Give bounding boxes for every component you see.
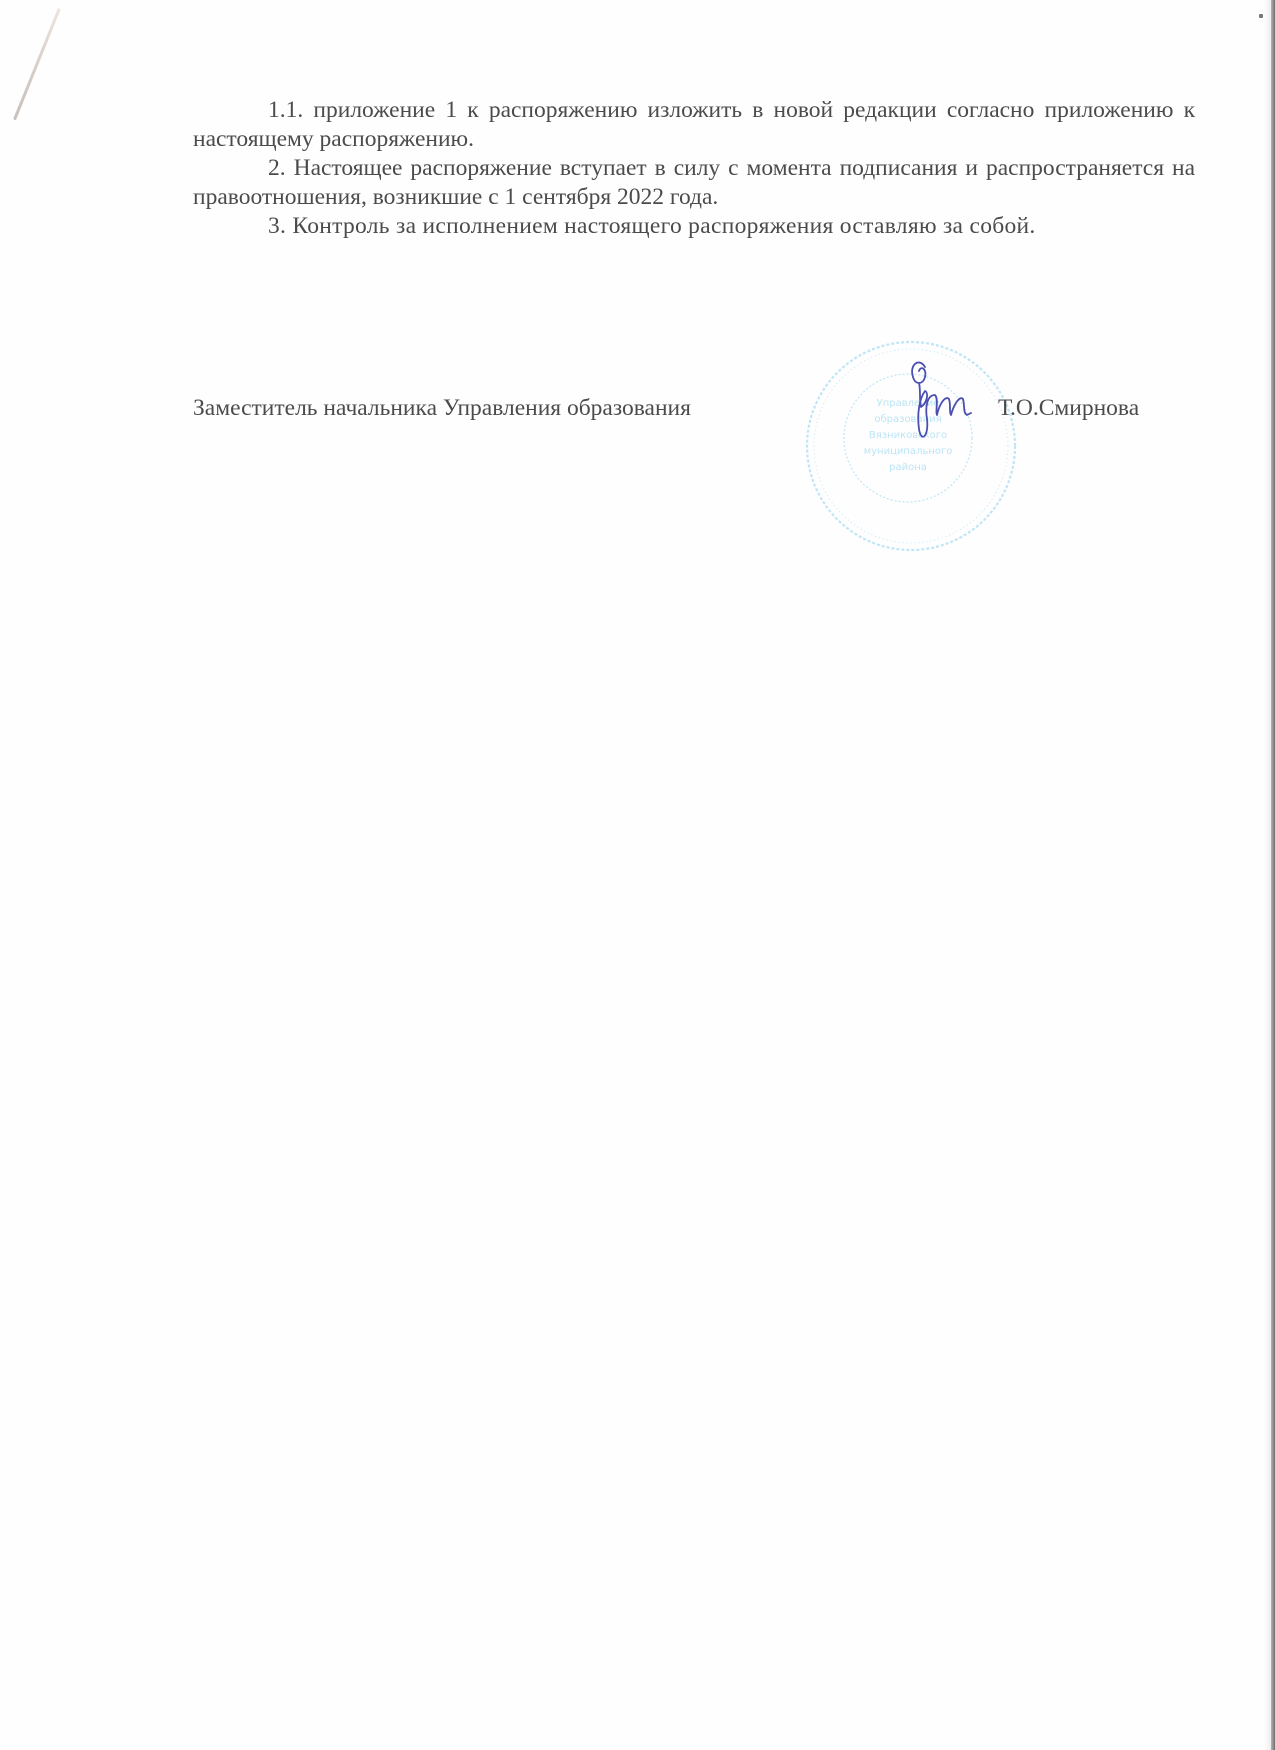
signatory-name: Т.О.Смирнова [998, 394, 1139, 423]
signature-block: Заместитель начальника Управления образо… [193, 394, 1195, 424]
signatory-position: Заместитель начальника Управления образо… [193, 394, 691, 423]
scan-scratch-mark [13, 8, 61, 120]
scan-edge-shadow [1263, 0, 1271, 1750]
document-page: 1.1. приложение 1 к распоряжению изложит… [0, 0, 1275, 1750]
paragraph-1-1: 1.1. приложение 1 к распоряжению изложит… [193, 96, 1195, 154]
svg-text:района: района [889, 462, 927, 473]
paragraph-3: 3. Контроль за исполнением настоящего ра… [193, 212, 1195, 241]
document-body: 1.1. приложение 1 к распоряжению изложит… [193, 96, 1195, 241]
scan-edge [1271, 0, 1275, 1750]
paragraph-2: 2. Настоящее распоряжение вступает в сил… [193, 154, 1195, 212]
